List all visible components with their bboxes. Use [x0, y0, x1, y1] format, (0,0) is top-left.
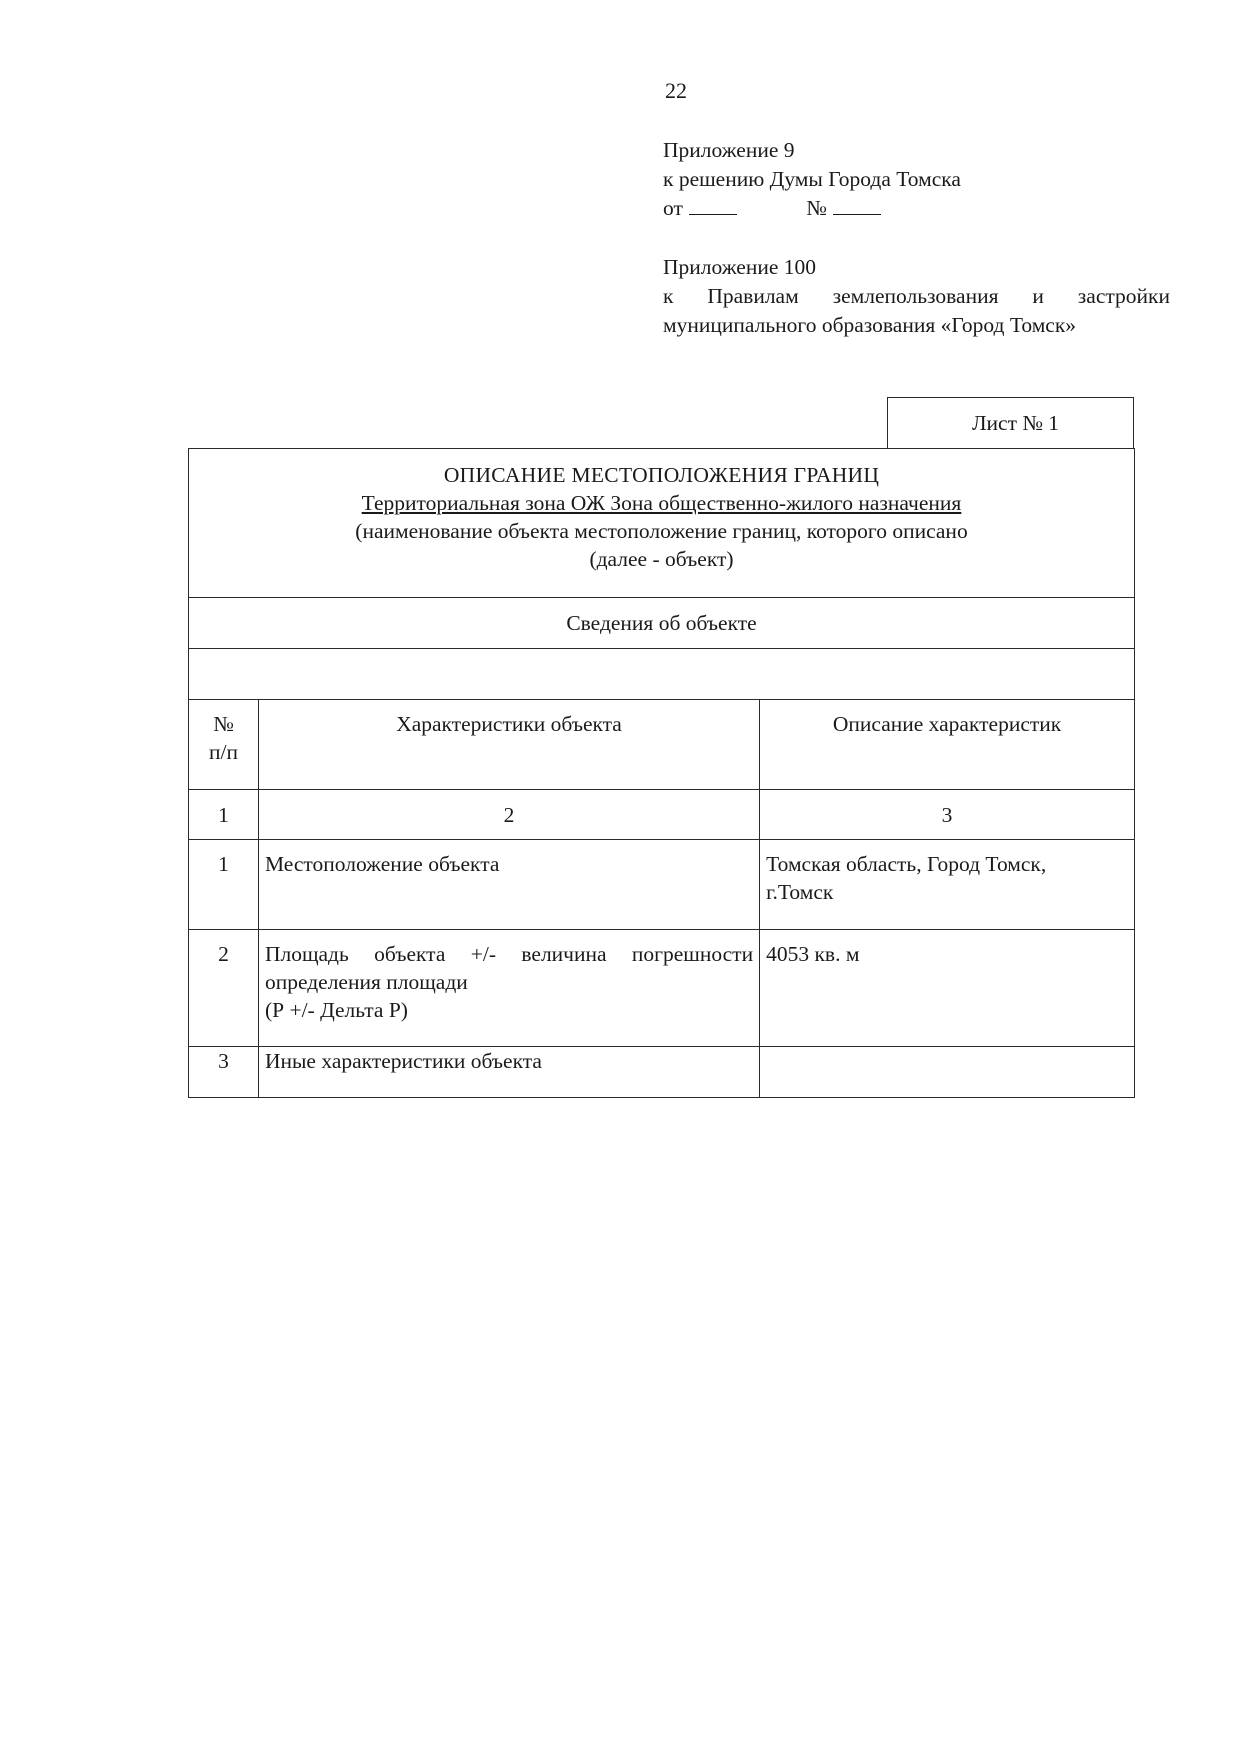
section-row: Сведения об объекте	[189, 598, 1135, 649]
title-row: ОПИСАНИЕ МЕСТОПОЛОЖЕНИЯ ГРАНИЦ Территори…	[189, 449, 1135, 598]
description-line: г.Томск	[766, 878, 1128, 906]
boundary-description-table: ОПИСАНИЕ МЕСТОПОЛОЖЕНИЯ ГРАНИЦ Территори…	[188, 448, 1135, 1098]
characteristic-line: (Р +/- Дельта Р)	[265, 996, 753, 1024]
description-line: Томская область, Город Томск,	[766, 850, 1128, 878]
appendix-rules-line2: к Правилам землепользования и застройки	[663, 282, 1170, 311]
description-line: 4053 кв. м	[766, 940, 1128, 968]
date-label: от	[663, 196, 683, 220]
date-blank-line	[689, 196, 737, 215]
table-title: ОПИСАНИЕ МЕСТОПОЛОЖЕНИЯ ГРАНИЦ	[189, 461, 1134, 489]
header-description: Описание характеристик	[760, 700, 1135, 790]
object-caption-line2: (далее - объект)	[189, 545, 1134, 573]
page-number: 22	[665, 78, 687, 104]
column-index-2: 2	[258, 790, 759, 840]
column-index-3: 3	[760, 790, 1135, 840]
section-title: Сведения об объекте	[189, 598, 1135, 649]
appendix-decision-subtitle: к решению Думы Города Томска	[663, 165, 1170, 194]
number-label: №	[806, 196, 827, 220]
appendix-rules-line3: муниципального образования «Город Томск»	[663, 311, 1170, 340]
characteristic-line: Иные характеристики объекта	[265, 1047, 753, 1075]
table-row: 3 Иные характеристики объекта	[189, 1047, 1135, 1098]
appendix-decision-date-number: от №	[663, 194, 1170, 223]
appendix-decision-title: Приложение 9	[663, 136, 1170, 165]
characteristic-line: Площадь объекта +/- величина погрешности	[265, 940, 753, 968]
row-description: 4053 кв. м	[760, 930, 1135, 1047]
row-num: 2	[189, 930, 259, 1047]
row-characteristic: Площадь объекта +/- величина погрешности…	[258, 930, 759, 1047]
row-num: 3	[189, 1047, 259, 1098]
row-num: 1	[189, 840, 259, 930]
row-characteristic: Местоположение объекта	[258, 840, 759, 930]
header-num-line1: №	[189, 710, 258, 738]
characteristic-line: определения площади	[265, 968, 753, 996]
sheet-number-box: Лист № 1	[887, 397, 1134, 449]
object-caption-line1: (наименование объекта местоположение гра…	[189, 517, 1134, 545]
appendix-rules-block: Приложение 100 к Правилам землепользован…	[663, 253, 1170, 340]
row-description: Томская область, Город Томск, г.Томск	[760, 840, 1135, 930]
column-index-row: 1 2 3	[189, 790, 1135, 840]
object-name: Территориальная зона ОЖ Зона общественно…	[189, 489, 1134, 517]
empty-row	[189, 649, 1135, 700]
header-characteristics: Характеристики объекта	[258, 700, 759, 790]
header-num-line2: п/п	[189, 738, 258, 766]
row-characteristic: Иные характеристики объекта	[258, 1047, 759, 1098]
appendix-decision-block: Приложение 9 к решению Думы Города Томск…	[663, 136, 1170, 223]
header-row: № п/п Характеристики объекта Описание ха…	[189, 700, 1135, 790]
empty-cell	[189, 649, 1135, 700]
table-row: 2 Площадь объекта +/- величина погрешнос…	[189, 930, 1135, 1047]
characteristic-line: Местоположение объекта	[265, 850, 753, 878]
column-index-1: 1	[189, 790, 259, 840]
title-cell: ОПИСАНИЕ МЕСТОПОЛОЖЕНИЯ ГРАНИЦ Территори…	[189, 449, 1135, 598]
number-blank-line	[833, 196, 881, 215]
header-num: № п/п	[189, 700, 259, 790]
table-row: 1 Местоположение объекта Томская область…	[189, 840, 1135, 930]
row-description	[760, 1047, 1135, 1098]
appendix-rules-title: Приложение 100	[663, 253, 1170, 282]
